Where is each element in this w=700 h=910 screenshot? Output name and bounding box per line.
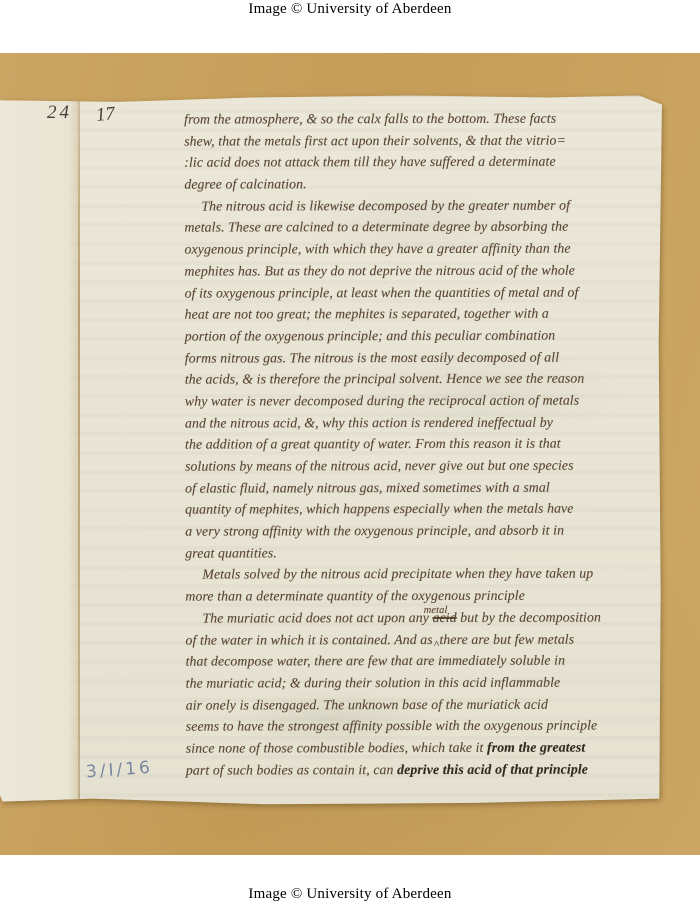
manuscript-line: of elastic fluid, namely nitrous gas, mi… [185,476,659,499]
manuscript-line: oxygenous principle, with which they hav… [184,238,658,261]
manuscript-line: of the water in which it is contained. A… [185,628,659,651]
manuscript-line: great quantities. [185,541,659,564]
manuscript-line: heat are not too great; the mephites is … [185,303,659,326]
manuscript-line: of its oxygenous principle, at least whe… [185,281,659,304]
manuscript-line: quantity of mephites, which happens espe… [185,498,659,521]
manuscript-line: Metals solved by the nitrous acid precip… [185,563,659,586]
top-copyright-caption: Image © University of Aberdeen [0,1,700,18]
manuscript-line: air onely is disengaged. The unknown bas… [186,693,660,716]
manuscript-line: forms nitrous gas. The nitrous is the mo… [185,346,659,369]
manuscript-line: degree of calcination. [184,172,658,195]
folio-number-recto: 17 [95,103,116,127]
manuscript-line: a very strong affinity with the oxygenou… [185,519,659,542]
facing-page-edge [0,94,80,805]
manuscript-paper-sheet: 24 17 from the atmosphere, & so the calx… [0,94,662,805]
manuscript-line: part of such bodies as contain it, can d… [186,758,660,781]
manuscript-line: seems to have the strongest affinity pos… [186,715,660,738]
manuscript-line: why water is never decomposed during the… [185,389,659,412]
manuscript-text-block: from the atmosphere, & so the calx falls… [184,107,660,781]
manuscript-line: metals. These are calcined to a determin… [184,216,658,239]
manuscript-line: :lic acid does not attack them till they… [184,151,658,174]
manuscript-line: mephites has. But as they do not deprive… [185,259,659,282]
manuscript-line: The nitrous acid is likewise decomposed … [184,194,658,217]
paper-top-edge [0,94,662,97]
manuscript-line: shew, that the metals first act upon the… [184,129,658,152]
manuscript-line: portion of the oxygenous principle; and … [185,324,659,347]
manuscript-line: the acids, & is therefore the principal … [185,368,659,391]
manuscript-paper: 24 17 from the atmosphere, & so the calx… [0,94,662,805]
manuscript-line: more than a determinate quantity of the … [185,585,659,608]
shelfmark: 3/I/16 [85,758,153,783]
mount-board: 24 17 from the atmosphere, & so the calx… [0,53,700,855]
manuscript-line: and the nitrous acid, &, why this action… [185,411,659,434]
manuscript-line: from the atmosphere, & so the calx falls… [184,107,658,130]
manuscript-line: the muriatic acid; & during their soluti… [186,671,660,694]
manuscript-line: that decompose water, there are few that… [186,650,660,673]
manuscript-line: since none of those combustible bodies, … [186,736,660,759]
manuscript-line: solutions by means of the nitrous acid, … [185,454,659,477]
folio-number-verso: 24 [47,102,72,124]
manuscript-line: the addition of a great quantity of wate… [185,433,659,456]
bottom-copyright-caption: Image © University of Aberdeen [0,886,700,903]
manuscript-line: The muriatic acid does not act upon any … [185,606,659,629]
